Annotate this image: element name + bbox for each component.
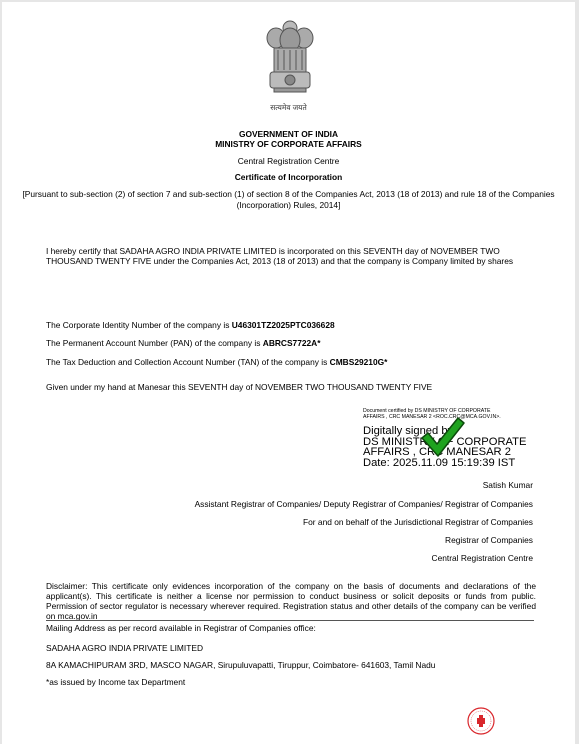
signatory-behalf: For and on behalf of the Jurisdictional …	[303, 517, 533, 527]
divider	[46, 620, 534, 621]
pan-line: The Permanent Account Number (PAN) of th…	[46, 338, 320, 348]
centre-title: Central Registration Centre	[2, 156, 575, 166]
tan-value: CMBS29210G*	[330, 357, 388, 367]
emblem-motto: सत्यमेव जयते	[2, 103, 575, 113]
tan-line: The Tax Deduction and Collection Account…	[46, 357, 387, 367]
cin-value: U46301TZ2025PTC036628	[232, 320, 335, 330]
certify-paragraph: I hereby certify that SADAHA AGRO INDIA …	[46, 246, 546, 266]
ministry-title: MINISTRY OF CORPORATE AFFAIRS	[2, 139, 575, 149]
cin-line: The Corporate Identity Number of the com…	[46, 320, 335, 330]
certificate-title: Certificate of Incorporation	[2, 172, 575, 182]
mailing-address: 8A KAMACHIPURAM 3RD, MASCO NAGAR, Sirupu…	[46, 660, 435, 670]
signatory-centre: Central Registration Centre	[432, 553, 533, 563]
income-tax-note: *as issued by Income tax Department	[46, 677, 185, 687]
signatory-name: Satish Kumar	[483, 480, 533, 490]
pan-label: The Permanent Account Number (PAN) of th…	[46, 338, 263, 348]
header-government: GOVERNMENT OF INDIA MINISTRY OF CORPORAT…	[2, 129, 575, 149]
verified-check-icon	[418, 414, 466, 462]
mailing-company-name: SADAHA AGRO INDIA PRIVATE LIMITED	[46, 643, 203, 653]
cin-label: The Corporate Identity Number of the com…	[46, 320, 232, 330]
certificate-page: सत्यमेव जयते GOVERNMENT OF INDIA MINISTR…	[2, 2, 575, 744]
given-under-line: Given under my hand at Manesar this SEVE…	[46, 382, 432, 392]
mailing-label: Mailing Address as per record available …	[46, 623, 316, 633]
disclaimer-text: Disclaimer: This certificate only eviden…	[46, 581, 536, 621]
signatory-registrar: Registrar of Companies	[445, 535, 533, 545]
government-title: GOVERNMENT OF INDIA	[2, 129, 575, 139]
national-emblem-icon	[260, 14, 320, 104]
tan-label: The Tax Deduction and Collection Account…	[46, 357, 330, 367]
signatory-designation: Assistant Registrar of Companies/ Deputy…	[195, 499, 533, 509]
pursuant-text: [Pursuant to sub-section (2) of section …	[2, 189, 575, 211]
mca-seal-icon	[466, 706, 496, 736]
pan-value: ABRCS7722A*	[263, 338, 321, 348]
